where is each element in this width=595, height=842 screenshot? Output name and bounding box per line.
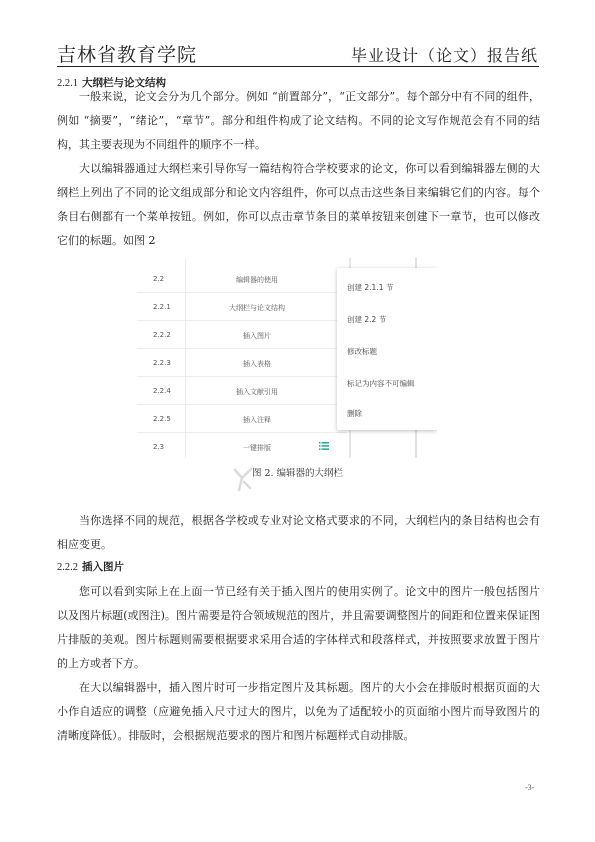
outline-row[interactable]: 2.3 一键排版 <box>137 434 347 458</box>
outline-row[interactable]: 2.2.1 大纲栏与论文结构 <box>137 294 347 321</box>
paragraph: 您可以看到实际上在上面一节已经有关于插入图片的使用实例了。论文中的图片一般包括图… <box>57 580 540 676</box>
list-menu-icon[interactable] <box>319 442 329 450</box>
paragraph: 在大以编辑器中，插入图片时可一步指定图片及其标题。图片的大小会在排版时根据页面的… <box>57 676 540 748</box>
menu-item-create-2-2[interactable]: 创建 2.2 节 <box>347 314 386 325</box>
outline-row-title: 插入图片 <box>187 331 327 341</box>
outline-row-number: 2.2 <box>153 275 164 283</box>
document-page: 吉林省教育学院 毕业设计（论文）报告纸 2.2.1大纲栏与论文结构 一般来说，论… <box>0 0 595 842</box>
outline-row[interactable]: 2.2.3 插入表格 <box>137 350 347 377</box>
page-number: -3- <box>525 783 534 792</box>
outline-panel: 2.2 编辑器的使用 2.2.1 大纲栏与论文结构 2.2.2 插入图片 2.2… <box>137 258 347 458</box>
outline-row-title: 大纲栏与论文结构 <box>187 303 327 313</box>
outline-row[interactable]: 2.2.2 插入图片 <box>137 322 347 349</box>
outline-row-number: 2.2.5 <box>153 415 171 423</box>
outline-row-title: 编辑器的使用 <box>187 275 327 285</box>
context-menu: 创建 2.1.1 节 创建 2.2 节 修改标题 标记为内容不可编辑 删除 <box>337 268 437 430</box>
figure-caption: 图 2. 编辑器的大纲栏 <box>0 465 595 479</box>
outline-row-title: 插入注释 <box>187 415 327 425</box>
menu-item-edit-title[interactable]: 修改标题 <box>347 346 377 357</box>
menu-item-delete[interactable]: 删除 <box>347 408 362 419</box>
outline-row[interactable]: 2.2.4 插入文献引用 <box>137 378 347 405</box>
outline-row-number: 2.2.2 <box>153 331 171 339</box>
section-title: 插入图片 <box>82 561 124 573</box>
header-rule <box>57 66 539 67</box>
section-number: 2.2.2 <box>57 562 78 573</box>
paragraph: 大以编辑器通过大纲栏来引导你写一篇结构符合学校要求的论文，你可以看到编辑器左侧的… <box>57 157 540 253</box>
paragraph: 当你选择不同的规范，根据各学校或专业对论文格式要求的不同，大纲栏内的条目结构也会… <box>57 509 540 557</box>
header-institution: 吉林省教育学院 <box>57 40 197 67</box>
paragraph: 一般来说，论文会分为几个部分。例如 “前置部分”，“正文部分”。每个部分中有不同… <box>57 85 540 157</box>
outline-row[interactable]: 2.2.5 插入注释 <box>137 406 347 433</box>
outline-row-number: 2.3 <box>153 443 164 451</box>
outline-row-number: 2.2.3 <box>153 359 171 367</box>
section-heading-2-2-2: 2.2.2插入图片 <box>57 559 124 574</box>
figure-outline-screenshot: 2.2 编辑器的使用 2.2.1 大纲栏与论文结构 2.2.2 插入图片 2.2… <box>137 258 437 458</box>
header-doc-type: 毕业设计（论文）报告纸 <box>351 43 538 66</box>
menu-item-mark-readonly[interactable]: 标记为内容不可编辑 <box>347 378 415 389</box>
outline-row-number: 2.2.1 <box>153 303 171 311</box>
outline-row-title: 一键排版 <box>187 443 327 453</box>
menu-item-create-2-1-1[interactable]: 创建 2.1.1 节 <box>347 282 393 293</box>
outline-row[interactable]: 2.2 编辑器的使用 <box>137 266 347 293</box>
outline-row-title: 插入文献引用 <box>187 387 327 397</box>
outline-row-number: 2.2.4 <box>153 387 171 395</box>
outline-row-title: 插入表格 <box>187 359 327 369</box>
